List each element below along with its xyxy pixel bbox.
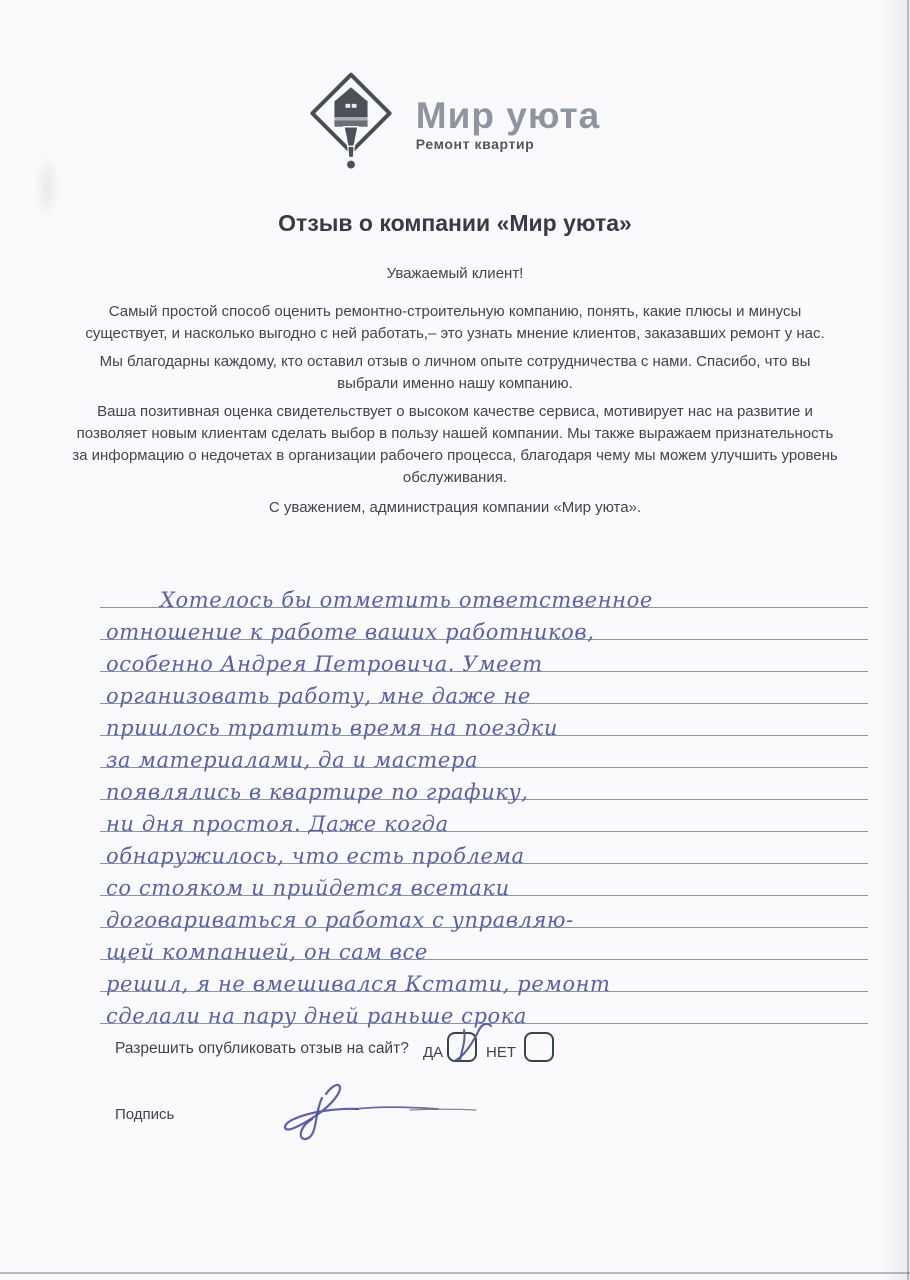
logo-text: Мир уюта Ремонт квартир (416, 97, 600, 152)
paintbrush-house-diamond-icon (310, 72, 392, 172)
ruled-line: сделали на пару дней раньше срока (100, 992, 868, 1024)
scan-smudge (34, 152, 60, 222)
ruled-line: особенно Андрея Петровича. Умеет (100, 640, 868, 672)
letter-body: Самый простой способ оценить ремонтно-ст… (72, 301, 838, 525)
publish-consent-question: Разрешить опубликовать отзыв на сайт? (115, 1040, 409, 1058)
ruled-line: пришлось тратить время на поездки (100, 704, 868, 736)
ruled-line: обнаружилось, что есть проблема (100, 832, 868, 864)
greeting-line: Уважаемый клиент! (0, 265, 910, 282)
scan-edge-shadow (882, 0, 910, 1280)
page-title: Отзыв о компании «Мир уюта» (0, 210, 910, 237)
ruled-line: договариваться о работах с управляю- (100, 896, 868, 928)
ruled-line: отношение к работе ваших работников, (100, 608, 868, 640)
ruled-line: Хотелось бы отметить ответственное (100, 576, 868, 608)
handwritten-signature (260, 1078, 484, 1144)
ruled-line: организовать работу, мне даже не (100, 672, 868, 704)
signature-label: Подпись (115, 1106, 174, 1123)
logo-name: Мир уюта (416, 97, 600, 135)
letter-paragraph: Мы благодарны каждому, кто оставил отзыв… (72, 351, 838, 395)
scanned-review-form: Мир уюта Ремонт квартир Отзыв о компании… (0, 0, 910, 1280)
yes-label: ДА (423, 1044, 443, 1061)
scan-edge-line (907, 0, 909, 1280)
handwritten-text: сделали на пару дней раньше срока (106, 1004, 527, 1028)
ruled-line: за материалами, да и мастера (100, 736, 868, 768)
company-logo: Мир уюта Ремонт квартир (0, 72, 910, 172)
ruled-line: решил, я не вмешивался Кстати, ремонт (100, 960, 868, 992)
no-checkbox[interactable] (524, 1032, 554, 1062)
letter-paragraph: Ваша позитивная оценка свидетельствует о… (72, 401, 838, 489)
yes-checkbox[interactable] (447, 1032, 477, 1062)
no-label: НЕТ (486, 1044, 516, 1061)
ruled-line: щей компанией, он сам все (100, 928, 868, 960)
letter-paragraph: Самый простой способ оценить ремонтно-ст… (72, 301, 838, 345)
letter-paragraph: С уважением, администрация компании «Мир… (72, 497, 838, 519)
ruled-line: со стояком и прийдется всетаки (100, 864, 868, 896)
handwritten-review: Хотелось бы отметить ответственное отнош… (100, 576, 868, 1024)
ruled-line: ни дня простоя. Даже когда (100, 800, 868, 832)
ruled-line: появлялись в квартире по графику, (100, 768, 868, 800)
scan-bottom-line (0, 1272, 910, 1274)
logo-tagline: Ремонт квартир (416, 136, 600, 152)
